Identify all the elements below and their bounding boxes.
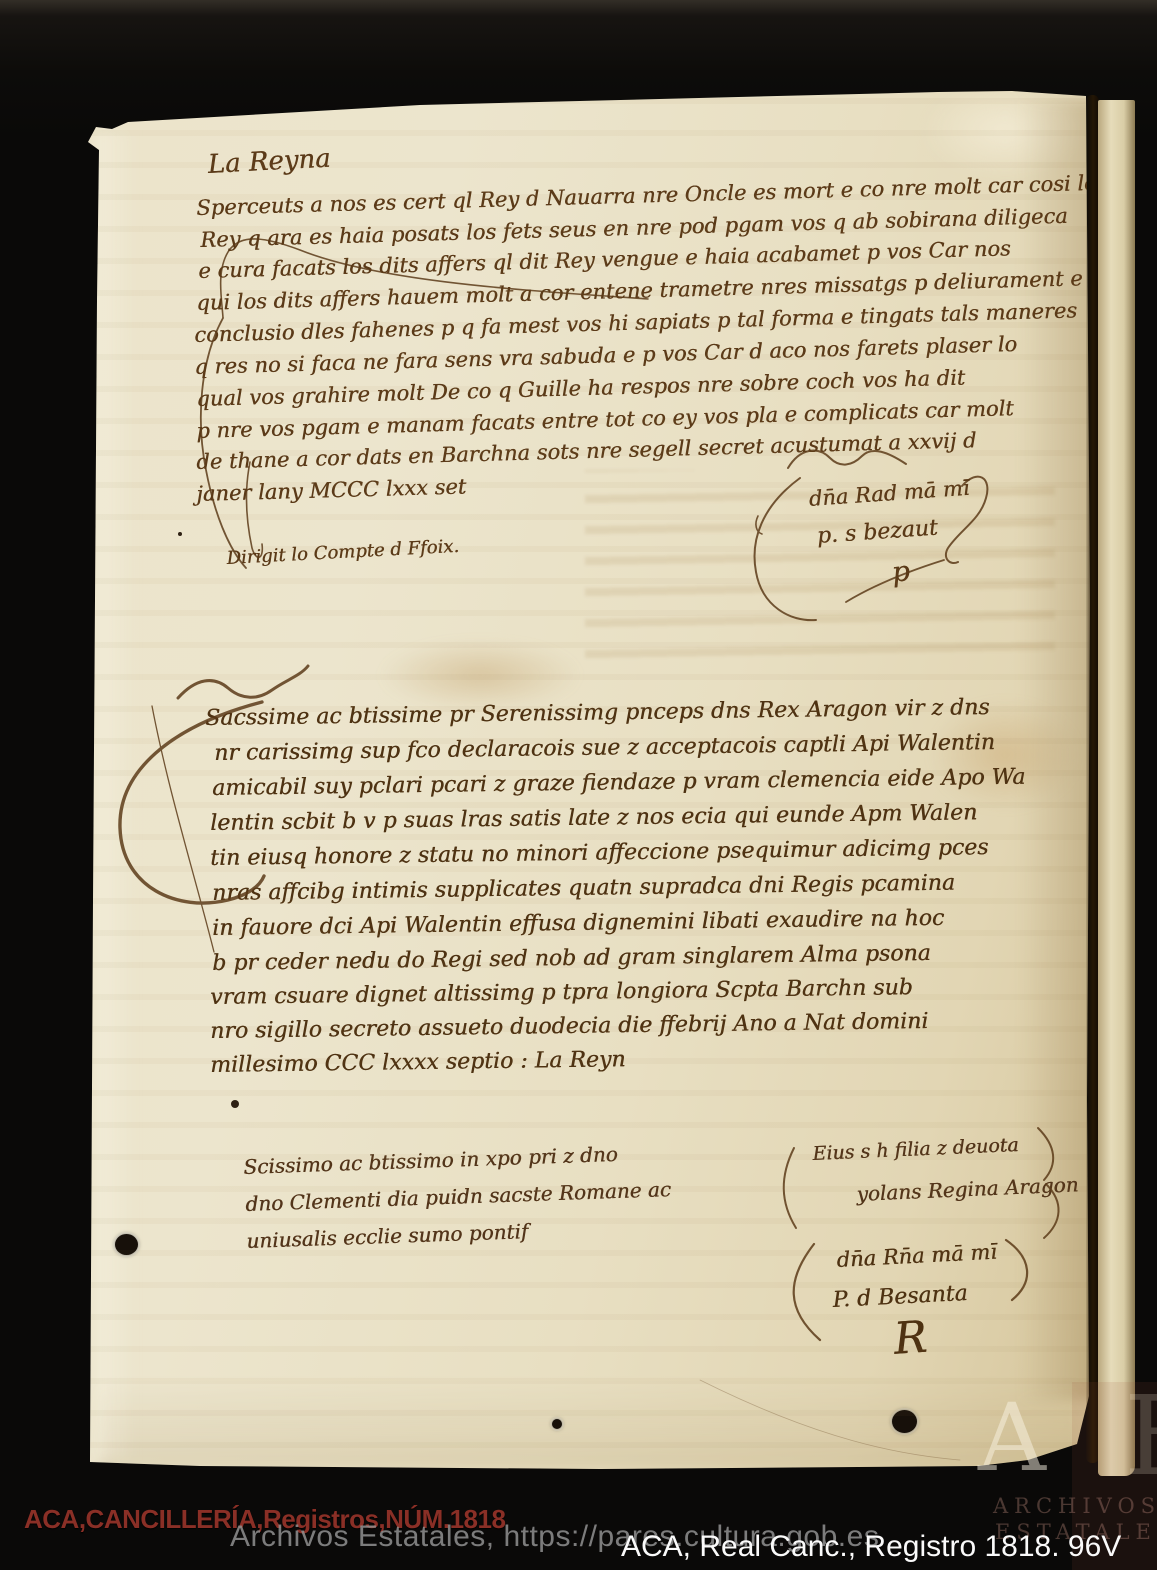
manuscript-line: Rey q ara es haia posats los fets seus e… <box>200 204 1068 252</box>
next-page-edge <box>1098 100 1135 1476</box>
chancery-signature-line: dn̄a Rn̄a mā mī <box>836 1240 997 1272</box>
endorsement-line: Eius s h filia z deuota <box>812 1134 1019 1165</box>
chancery-signature-paraph: R <box>892 1312 929 1365</box>
ink-speck <box>231 1100 239 1108</box>
ink-speck <box>178 532 182 536</box>
manuscript-line: qual vos grahire molt De co q Guille ha … <box>196 366 965 411</box>
manuscript-line: lentin scbit b v p suas lras satis late … <box>210 800 977 836</box>
punch-hole <box>892 1410 917 1433</box>
manuscript-line: Sacssime ac btissime pr Serenissimg pnce… <box>205 695 990 731</box>
stain <box>100 1380 1080 1470</box>
manuscript-line: qui los dits affers hauem molt a cor ent… <box>196 266 1083 315</box>
letter1-heading: La Reyna <box>207 144 331 180</box>
chancery-signature-paraph: p <box>890 554 911 589</box>
manuscript-line: b pr ceder nedu do Regi sed nob ad gram … <box>212 941 931 976</box>
stain <box>95 130 135 1460</box>
folio-reference: ACA, Real Canc., Registro 1818. 96V <box>621 1530 1121 1564</box>
stain <box>930 700 1080 810</box>
manuscript-line: janer lany MCCC lxxx set <box>196 474 467 506</box>
logo-text-archivos: ARCHIVOS <box>993 1494 1157 1518</box>
manuscript-line: nr carissimg sup fco declaracois sue z a… <box>214 730 995 766</box>
logo-monogram-a: A <box>978 1384 1046 1493</box>
address-line: Scissimo ac btissimo in xpo pri z dno <box>243 1142 618 1179</box>
manuscript-line: vram csuare dignet altissimg p tpra long… <box>210 975 913 1010</box>
photo-background: La Reyna Sperceuts a nos es cert ql Rey … <box>0 0 1157 1570</box>
manuscript-line: conclusio dles fahenes p q fa mest vos h… <box>194 298 1077 347</box>
manuscript-line: de thane a cor dats en Barchna sots nre … <box>196 428 977 474</box>
registration-note: Dirigit lo Compte d Ffoix. <box>226 536 460 569</box>
chancery-signature-line: p. s bezaut <box>816 516 939 549</box>
ink-flourish-strokes <box>0 0 1157 1570</box>
address-line: uniusalis ecclie sumo pontif <box>246 1219 529 1253</box>
stain <box>920 80 1090 180</box>
chancery-signature-line: P. d Besanta <box>832 1281 968 1313</box>
manuscript-line: amicabil suy pclari pcari z graze fienda… <box>212 765 1026 801</box>
punch-hole <box>115 1234 138 1255</box>
manuscript-line: p nre vos pgam e manam facats entre tot … <box>196 396 1014 443</box>
address-line: dno Clementi dia puidn sacste Romane ac <box>245 1177 671 1216</box>
manuscript-line: millesimo CCC lxxxx septio : La Reyn <box>210 1047 626 1078</box>
manuscript-line: q res no si faca ne fara sens vra sabuda… <box>194 332 1017 379</box>
manuscript-page: La Reyna Sperceuts a nos es cert ql Rey … <box>0 0 1157 1570</box>
chancery-signature-line: dn̄a Rad mā mī <box>808 476 970 511</box>
punch-hole <box>552 1419 562 1429</box>
manuscript-line: tin eiusq honore z statu no minori affec… <box>210 835 989 871</box>
manuscript-line: nras affcibg intimis supplicates quatn s… <box>212 871 955 906</box>
manuscript-line: nro sigillo secreto assueto duodecia die… <box>210 1009 928 1044</box>
manuscript-line: e cura facats los dits affers ql dit Rey… <box>198 236 1011 283</box>
stain <box>380 640 580 710</box>
manuscript-line: Sperceuts a nos es cert ql Rey d Nauarra… <box>196 171 1097 220</box>
endorsement-line: yolans Regina Aragon <box>856 1172 1079 1206</box>
logo-monogram-e: E <box>1124 1372 1157 1500</box>
manuscript-line: in fauore dci Api Walentin effusa dignem… <box>212 906 944 941</box>
show-through-text <box>585 470 1055 665</box>
